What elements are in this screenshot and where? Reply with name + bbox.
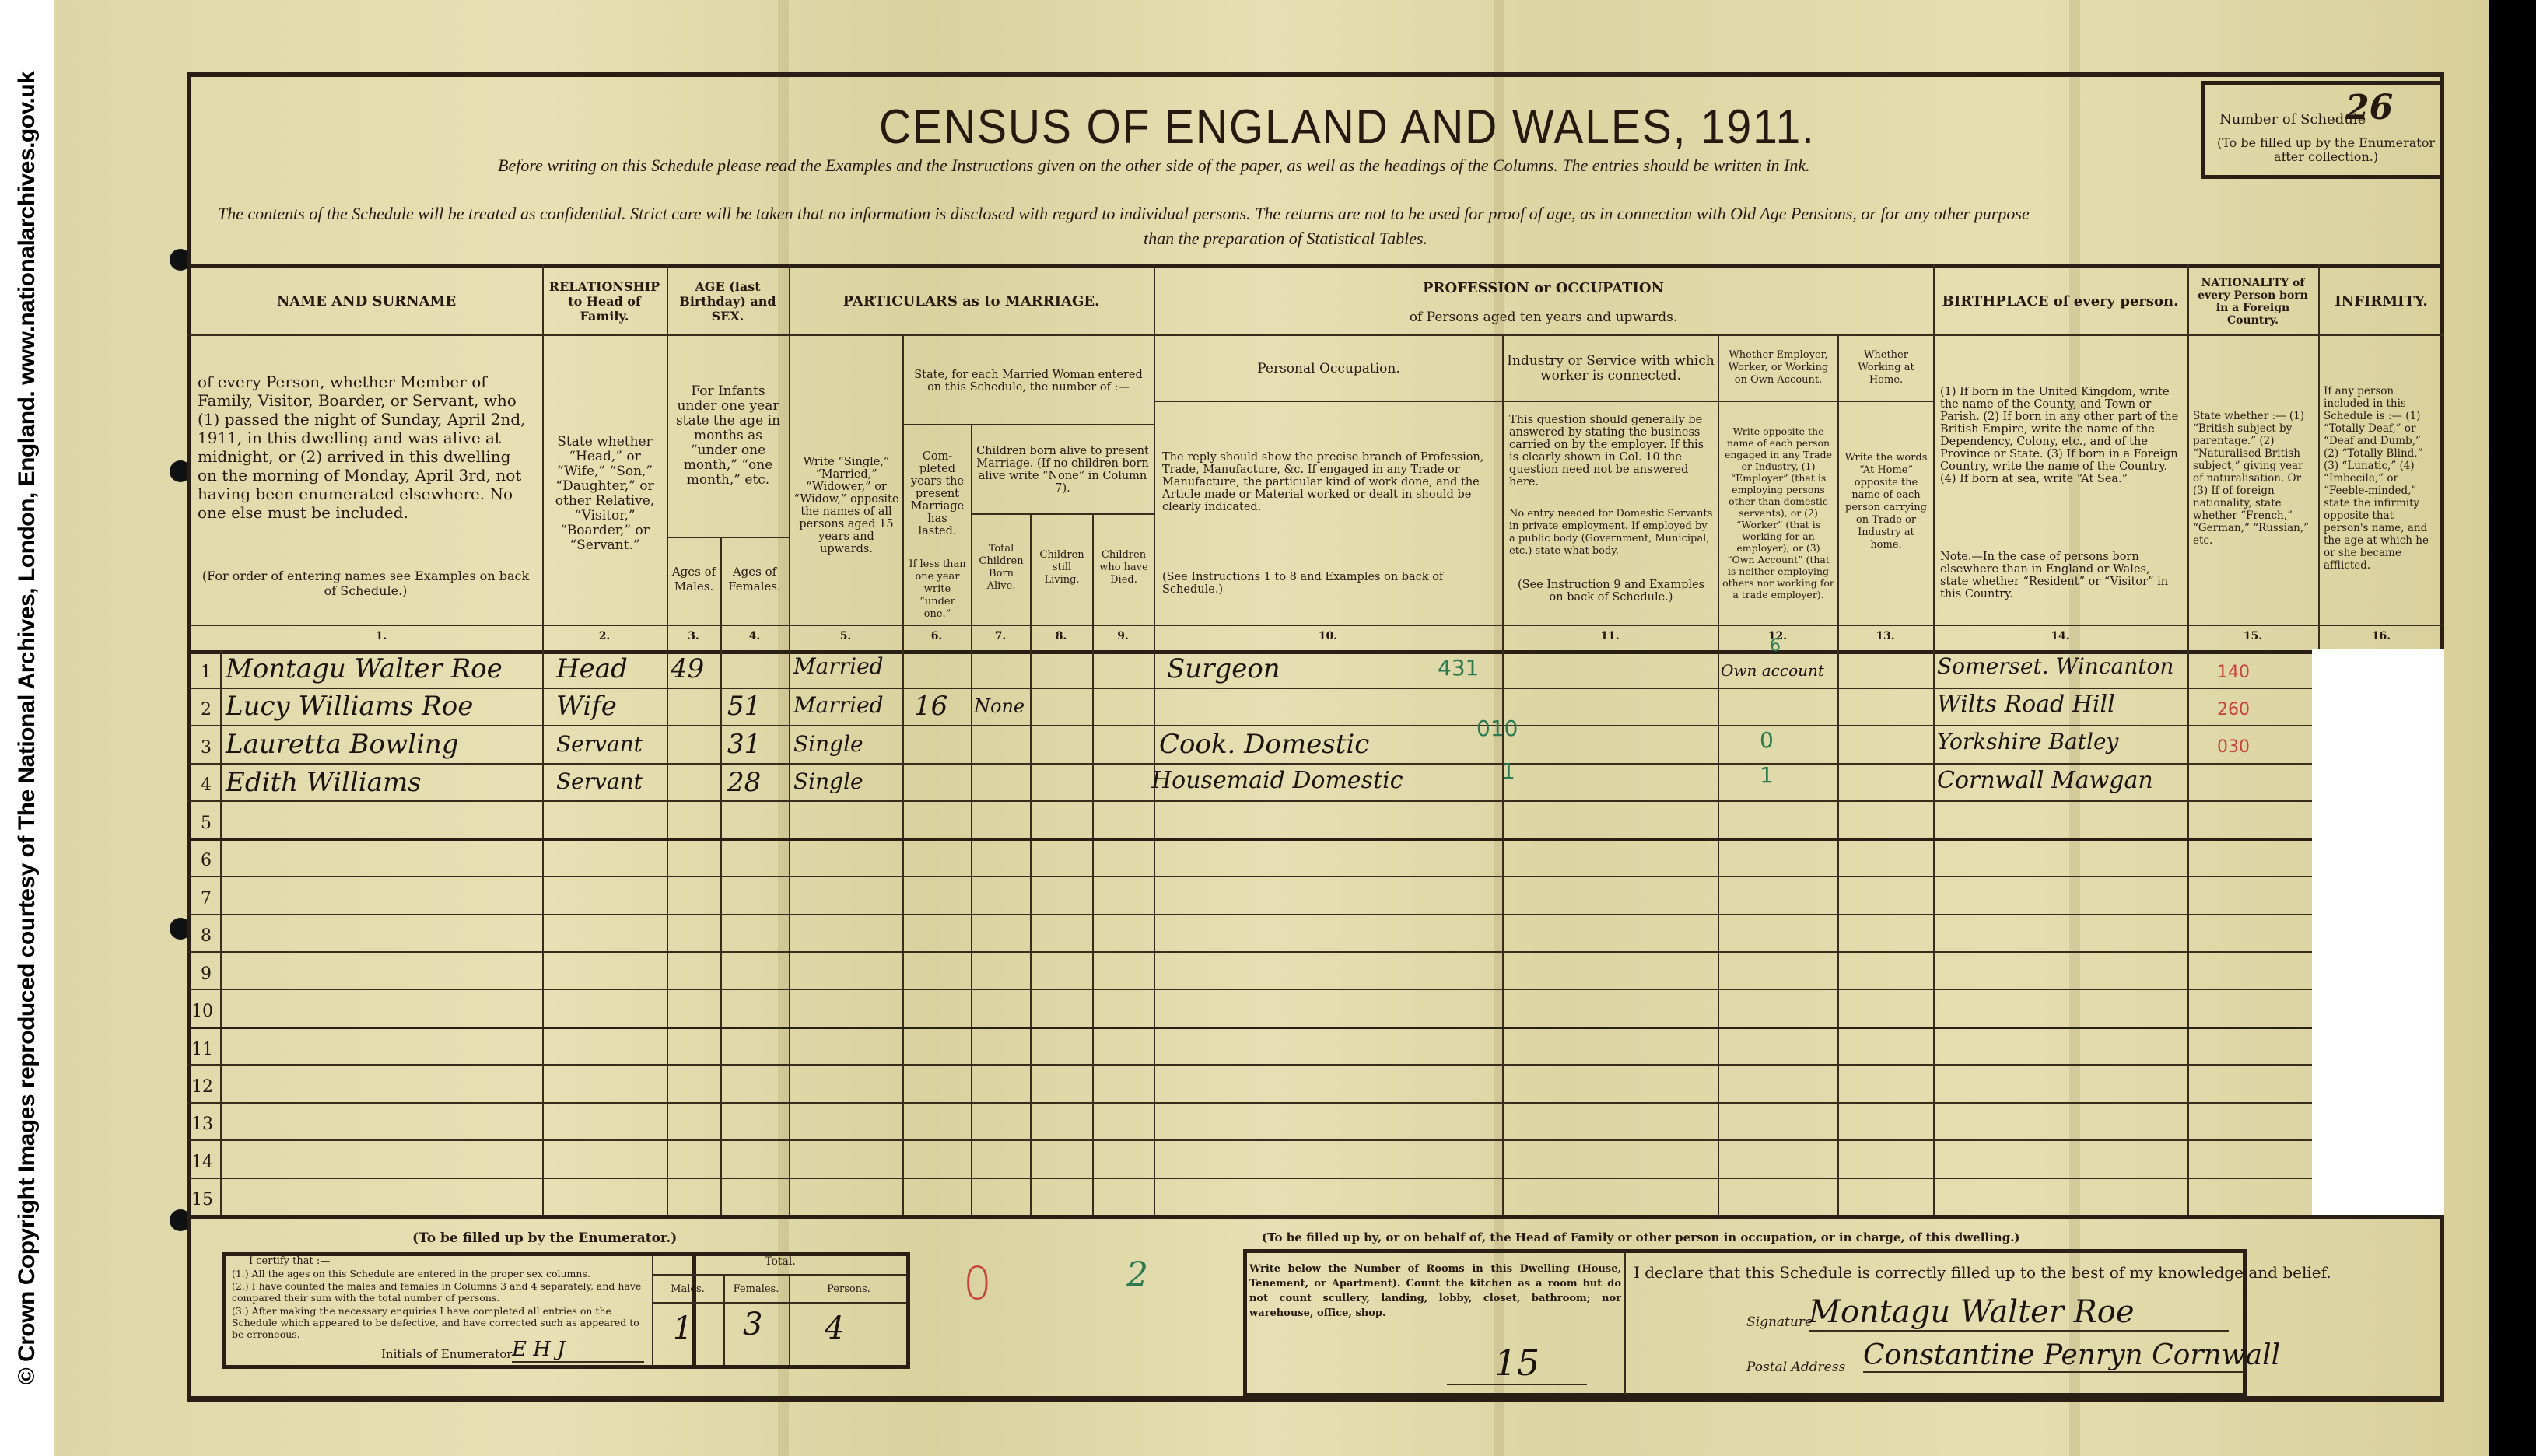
row-rule bbox=[187, 951, 2312, 953]
relationship-description: State whether “Head,” or “Wife,” “Son,” … bbox=[545, 404, 665, 583]
row-rule bbox=[187, 688, 2312, 689]
rooms-instructions: Write below the Number of Rooms in this … bbox=[1249, 1262, 1621, 1321]
industry-see: (See Instruction 9 and Examples on back … bbox=[1506, 568, 1716, 614]
birthplace-code: 260 bbox=[2217, 700, 2250, 719]
schedule-number: 26 bbox=[2345, 88, 2393, 128]
row-number: 12 bbox=[191, 1077, 212, 1097]
total-males: 1 bbox=[673, 1311, 692, 1346]
column-number: 7. bbox=[971, 630, 1030, 642]
schedule-label: Number of Schedule bbox=[2219, 111, 2366, 128]
col-divider bbox=[1030, 513, 1032, 1215]
column-number: 2. bbox=[542, 630, 667, 642]
column-number: 13. bbox=[1837, 630, 1933, 642]
row-number: 8 bbox=[191, 926, 212, 946]
schedule-number-box: Number of Schedule 26 (To be filled up b… bbox=[2201, 81, 2443, 179]
row-rule bbox=[187, 876, 2312, 877]
enumerator-initials: E H J bbox=[512, 1338, 644, 1363]
industry-header: Industry or Service with which worker is… bbox=[1504, 338, 1718, 399]
column-number: 8. bbox=[1030, 630, 1092, 642]
employer-code: 0 bbox=[1760, 727, 1774, 753]
green-mark: 2 bbox=[1126, 1255, 1148, 1295]
person-age-female: 51 bbox=[727, 691, 761, 722]
initials-label: Initials of Enumerator bbox=[381, 1347, 512, 1361]
col-divider bbox=[667, 264, 668, 1215]
header-age: AGE (last Birthday) and SEX. bbox=[667, 268, 789, 334]
confidential-notice-cont: than the preparation of Statistical Tabl… bbox=[1144, 229, 1427, 249]
divider bbox=[1624, 1251, 1626, 1395]
column-number: 15. bbox=[2187, 630, 2318, 642]
employer-code: 1 bbox=[1760, 762, 1774, 788]
row-number: 5 bbox=[191, 814, 212, 833]
header-nationality: NATIONALITY of every Person born in a Fo… bbox=[2187, 268, 2318, 334]
row-rule bbox=[187, 763, 2312, 765]
row-number: 3 bbox=[191, 738, 212, 758]
column-number: 4. bbox=[720, 630, 789, 642]
total-persons: 4 bbox=[825, 1311, 844, 1346]
person-marital-status: Single bbox=[793, 731, 863, 757]
person-age-male: 49 bbox=[671, 653, 704, 684]
row-rule bbox=[187, 1178, 2312, 1179]
person-occupation: Housemaid Domestic bbox=[1151, 767, 1403, 794]
industry-desc: This question should generally be answer… bbox=[1506, 404, 1716, 498]
certify-item: (2.) I have counted the males and female… bbox=[232, 1280, 648, 1304]
column-number: 16. bbox=[2318, 630, 2444, 642]
person-marital-status: Married bbox=[793, 653, 884, 679]
infirmity-desc: If any person included in this Schedule … bbox=[2321, 342, 2442, 614]
row-number: 2 bbox=[191, 700, 212, 719]
row-number: 15 bbox=[191, 1190, 212, 1209]
person-employment: Own account bbox=[1721, 661, 1824, 680]
marriage-status-description: Write “Single,” “Married,” “Widower,” or… bbox=[790, 404, 902, 607]
header-name: NAME AND SURNAME bbox=[191, 268, 542, 334]
person-name: Montagu Walter Roe bbox=[226, 653, 503, 684]
page-title: CENSUS OF ENGLAND AND WALES, 1911. bbox=[879, 100, 1816, 155]
personal-occupation-note: (See Instructions 1 to 8 and Examples on… bbox=[1159, 560, 1498, 607]
header-occupation-sub: of Persons aged ten years and upwards. bbox=[1154, 302, 1933, 333]
enumerator-heading: (To be filled up by the Enumerator.) bbox=[412, 1230, 677, 1246]
marriage-years-note: If less than one year write “under one.” bbox=[904, 556, 971, 622]
person-name: Lauretta Bowling bbox=[226, 729, 459, 760]
row-rule bbox=[187, 989, 2312, 990]
home-header: Whether Working at Home. bbox=[1839, 336, 1933, 400]
column-number: 14. bbox=[1933, 630, 2187, 642]
children-died-header: Children who have Died. bbox=[1094, 517, 1154, 618]
signature-label: Signature bbox=[1746, 1314, 1813, 1330]
row-rule bbox=[187, 914, 2312, 915]
person-name: Edith Williams bbox=[226, 767, 422, 798]
children-sub-rule bbox=[971, 513, 1154, 515]
occupation-code: 431 bbox=[1438, 655, 1479, 681]
column-number: 1. bbox=[220, 630, 542, 642]
copyright-strip: © Crown Copyright Images reproduced cour… bbox=[0, 0, 54, 1456]
employer-desc: Write opposite the name of each person e… bbox=[1719, 403, 1837, 622]
person-occupation: Cook. Domestic bbox=[1159, 729, 1369, 760]
certify-item: (1.) All the ages on this Schedule are e… bbox=[232, 1268, 648, 1279]
row-rule bbox=[187, 1102, 2312, 1104]
ages-of-males: Ages of Males. bbox=[667, 544, 720, 614]
postal-address: Constantine Penryn Cornwall bbox=[1863, 1339, 2244, 1373]
row-number: 13 bbox=[191, 1115, 212, 1134]
birthplace-desc: (1) If born in the United Kingdom, write… bbox=[1937, 342, 2184, 529]
number-of-rooms: 15 bbox=[1447, 1342, 1587, 1385]
header-rule bbox=[187, 334, 2444, 336]
person-birthplace: Wilts Road Hill bbox=[1937, 691, 2115, 718]
marriage-sub-rule bbox=[902, 424, 1154, 425]
row-number: 6 bbox=[191, 851, 212, 870]
col-divider bbox=[1092, 513, 1094, 1215]
person-age-female: 31 bbox=[727, 729, 761, 760]
certify-item: (3.) After making the necessary enquirie… bbox=[232, 1305, 648, 1340]
children-born-alive: None bbox=[974, 695, 1025, 717]
birthplace-code: 030 bbox=[2217, 737, 2250, 757]
personal-occupation-header: Personal Occupation. bbox=[1155, 338, 1502, 399]
person-relationship: Servant bbox=[556, 731, 643, 757]
industry-note: No entry needed for Domestic Servants in… bbox=[1506, 498, 1716, 568]
schedule-note: (To be filled up by the Enumerator after… bbox=[2213, 136, 2439, 164]
row-number: 1 bbox=[191, 663, 212, 682]
nationality-desc: State whether :— (1) “British subject by… bbox=[2190, 342, 2317, 614]
occupation-code: 1 bbox=[1501, 758, 1515, 784]
column-number: 3. bbox=[667, 630, 720, 642]
married-woman-description: State, for each Married Woman entered on… bbox=[904, 342, 1153, 420]
table-bottom-rule bbox=[187, 1215, 2444, 1219]
employer-code: 6 bbox=[1770, 636, 1781, 656]
copyright-text: © Crown Copyright Images reproduced cour… bbox=[14, 72, 40, 1385]
occupation-sub-rule bbox=[1154, 401, 1933, 402]
row-number: 14 bbox=[191, 1153, 212, 1172]
occupier-heading: (To be filled up by, or on behalf of, th… bbox=[1262, 1230, 2020, 1244]
person-age-female: 28 bbox=[727, 767, 761, 798]
rownum-divider bbox=[220, 650, 222, 1215]
header-birthplace: BIRTHPLACE of every person. bbox=[1933, 268, 2187, 334]
row-number: 11 bbox=[191, 1040, 212, 1059]
person-relationship: Servant bbox=[556, 768, 643, 794]
name-description: of every Person, whether Member of Famil… bbox=[194, 342, 537, 552]
column-number: 9. bbox=[1092, 630, 1154, 642]
birthplace-code: 140 bbox=[2217, 663, 2250, 682]
person-relationship: Head bbox=[556, 653, 628, 684]
column-number: 11. bbox=[1502, 630, 1718, 642]
row-rule bbox=[187, 1027, 2312, 1029]
col-divider bbox=[1933, 264, 1935, 1215]
marriage-years: 16 bbox=[914, 691, 947, 722]
person-marital-status: Single bbox=[793, 768, 863, 794]
personal-occupation-desc: The reply should show the precise branch… bbox=[1159, 412, 1498, 552]
certify-label: I certify that :— bbox=[249, 1255, 330, 1267]
employer-header: Whether Employer, Worker, or Working on … bbox=[1719, 336, 1837, 400]
person-occupation: Surgeon bbox=[1167, 653, 1280, 684]
birthplace-note: Note.—In the case of persons born elsewh… bbox=[1937, 537, 2184, 614]
row-number: 7 bbox=[191, 889, 212, 908]
person-birthplace: Somerset. Wincanton bbox=[1937, 653, 2173, 679]
person-relationship: Wife bbox=[556, 691, 617, 722]
home-desc: Write the words “At Home” opposite the n… bbox=[1839, 412, 1933, 591]
children-total-header: Total Children Born Alive. bbox=[972, 517, 1030, 618]
age-sub-rule bbox=[667, 537, 789, 538]
total-females: 3 bbox=[743, 1307, 762, 1342]
row-number: 9 bbox=[191, 964, 212, 984]
confidential-notice: The contents of the Schedule will be tre… bbox=[218, 204, 2030, 224]
header-relationship: RELATIONSHIP to Head of Family. bbox=[542, 268, 667, 334]
row-number: 10 bbox=[191, 1002, 212, 1021]
postal-address-label: Postal Address bbox=[1746, 1360, 1845, 1375]
column-number: 10. bbox=[1154, 630, 1502, 642]
age-description: For Infants under one year state the age… bbox=[669, 366, 787, 506]
ages-of-females: Ages of Females. bbox=[720, 544, 789, 614]
row-rule bbox=[187, 725, 2312, 726]
occupation-code: 010 bbox=[1476, 716, 1518, 741]
header-infirmity: INFIRMITY. bbox=[2318, 268, 2444, 334]
children-header: Children born alive to present Marriage.… bbox=[972, 428, 1153, 512]
col-divider bbox=[542, 264, 544, 1215]
header-marriage: PARTICULARS as to MARRIAGE. bbox=[789, 268, 1154, 334]
column-number-rule bbox=[187, 625, 2444, 626]
row-rule bbox=[187, 838, 2312, 841]
row-rule bbox=[187, 1139, 2312, 1141]
name-note: (For order of entering names see Example… bbox=[194, 560, 537, 607]
person-birthplace: Yorkshire Batley bbox=[1937, 729, 2118, 754]
col-divider bbox=[2187, 264, 2189, 1215]
row-number: 4 bbox=[191, 775, 212, 795]
person-marital-status: Married bbox=[793, 692, 884, 718]
head-signature: Montagu Walter Roe bbox=[1809, 1294, 2229, 1332]
row-rule bbox=[187, 1064, 2312, 1066]
red-mark: 0 bbox=[963, 1257, 992, 1310]
person-name: Lucy Williams Roe bbox=[226, 691, 473, 722]
column-number: 6. bbox=[902, 630, 971, 642]
col-divider bbox=[1154, 264, 1155, 1215]
declaration-text: I declare that this Schedule is correctl… bbox=[1634, 1263, 2331, 1282]
person-birthplace: Cornwall Mawgan bbox=[1937, 767, 2153, 794]
marriage-years-header: Com-pleted years the present Marriage ha… bbox=[904, 432, 971, 556]
row-rule bbox=[187, 800, 2312, 802]
redacted-infirmity-column bbox=[2312, 649, 2444, 1215]
column-number: 5. bbox=[789, 630, 902, 642]
instruction-line: Before writing on this Schedule please r… bbox=[498, 156, 1810, 176]
children-living-header: Children still Living. bbox=[1032, 517, 1092, 618]
